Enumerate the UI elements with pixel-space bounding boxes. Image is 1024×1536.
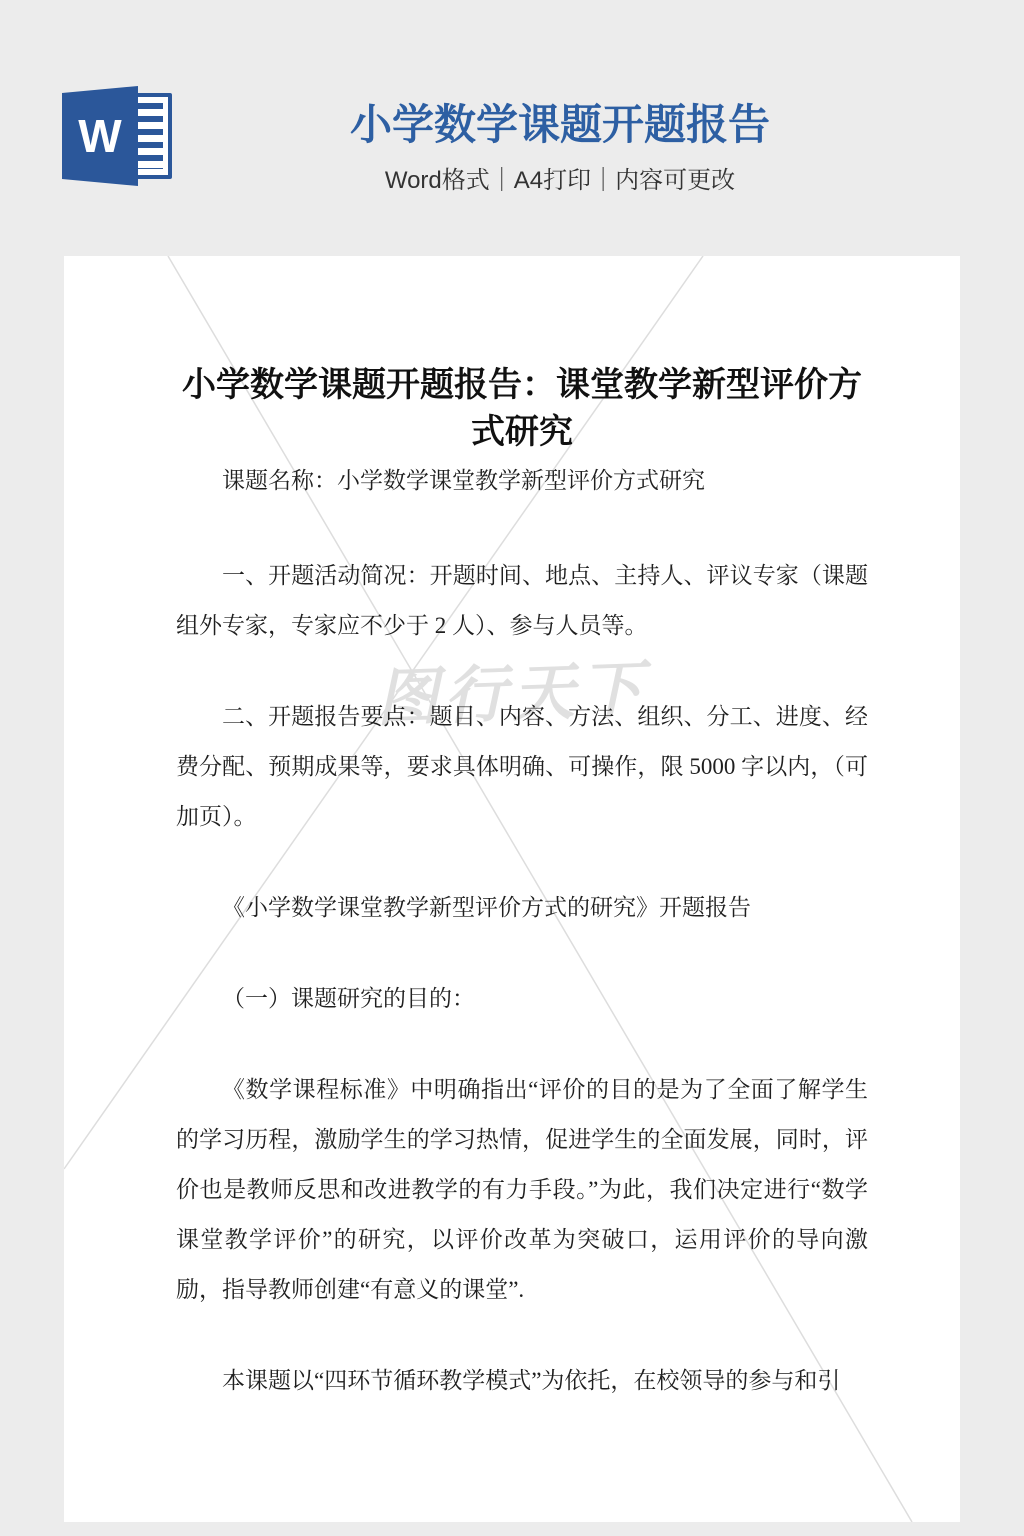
word-icon: W [62,86,176,186]
header: W 小学数学课题开题报告 Word格式｜A4打印｜内容可更改 [0,0,1024,256]
doc-paragraph: 《小学数学课堂教学新型评价方式的研究》开题报告 [176,883,868,933]
doc-paragraph: 二、开题报告要点：题目、内容、方法、组织、分工、进度、经费分配、预期成果等，要求… [176,692,868,842]
header-subtitle: Word格式｜A4打印｜内容可更改 [385,160,735,195]
topic-name-line: 课题名称：小学数学课堂教学新型评价方式研究 [176,456,868,506]
word-icon-slab: W [62,86,138,186]
doc-paragraph: 一、开题活动简况：开题时间、地点、主持人、评议专家（课题组外专家，专家应不少于 … [176,551,868,651]
doc-title: 小学数学课题开题报告：课堂教学新型评价方式研究 [176,362,868,456]
word-icon-letter: W [78,109,121,163]
document-page: 图行天下 小学数学课题开题报告：课堂教学新型评价方式研究 课题名称：小学数学课堂… [64,256,960,1522]
page-content: 小学数学课题开题报告：课堂教学新型评价方式研究 课题名称：小学数学课堂教学新型评… [176,362,868,1406]
doc-paragraph: （一）课题研究的目的： [176,974,868,1024]
doc-paragraph: 《数学课程标准》中明确指出“评价的目的是为了全面了解学生的学习历程，激励学生的学… [176,1065,868,1315]
doc-paragraph: 本课题以“四环节循环教学模式”为依托，在校领导的参与和引 [176,1356,868,1406]
header-title: 小学数学课题开题报告 [350,92,770,152]
